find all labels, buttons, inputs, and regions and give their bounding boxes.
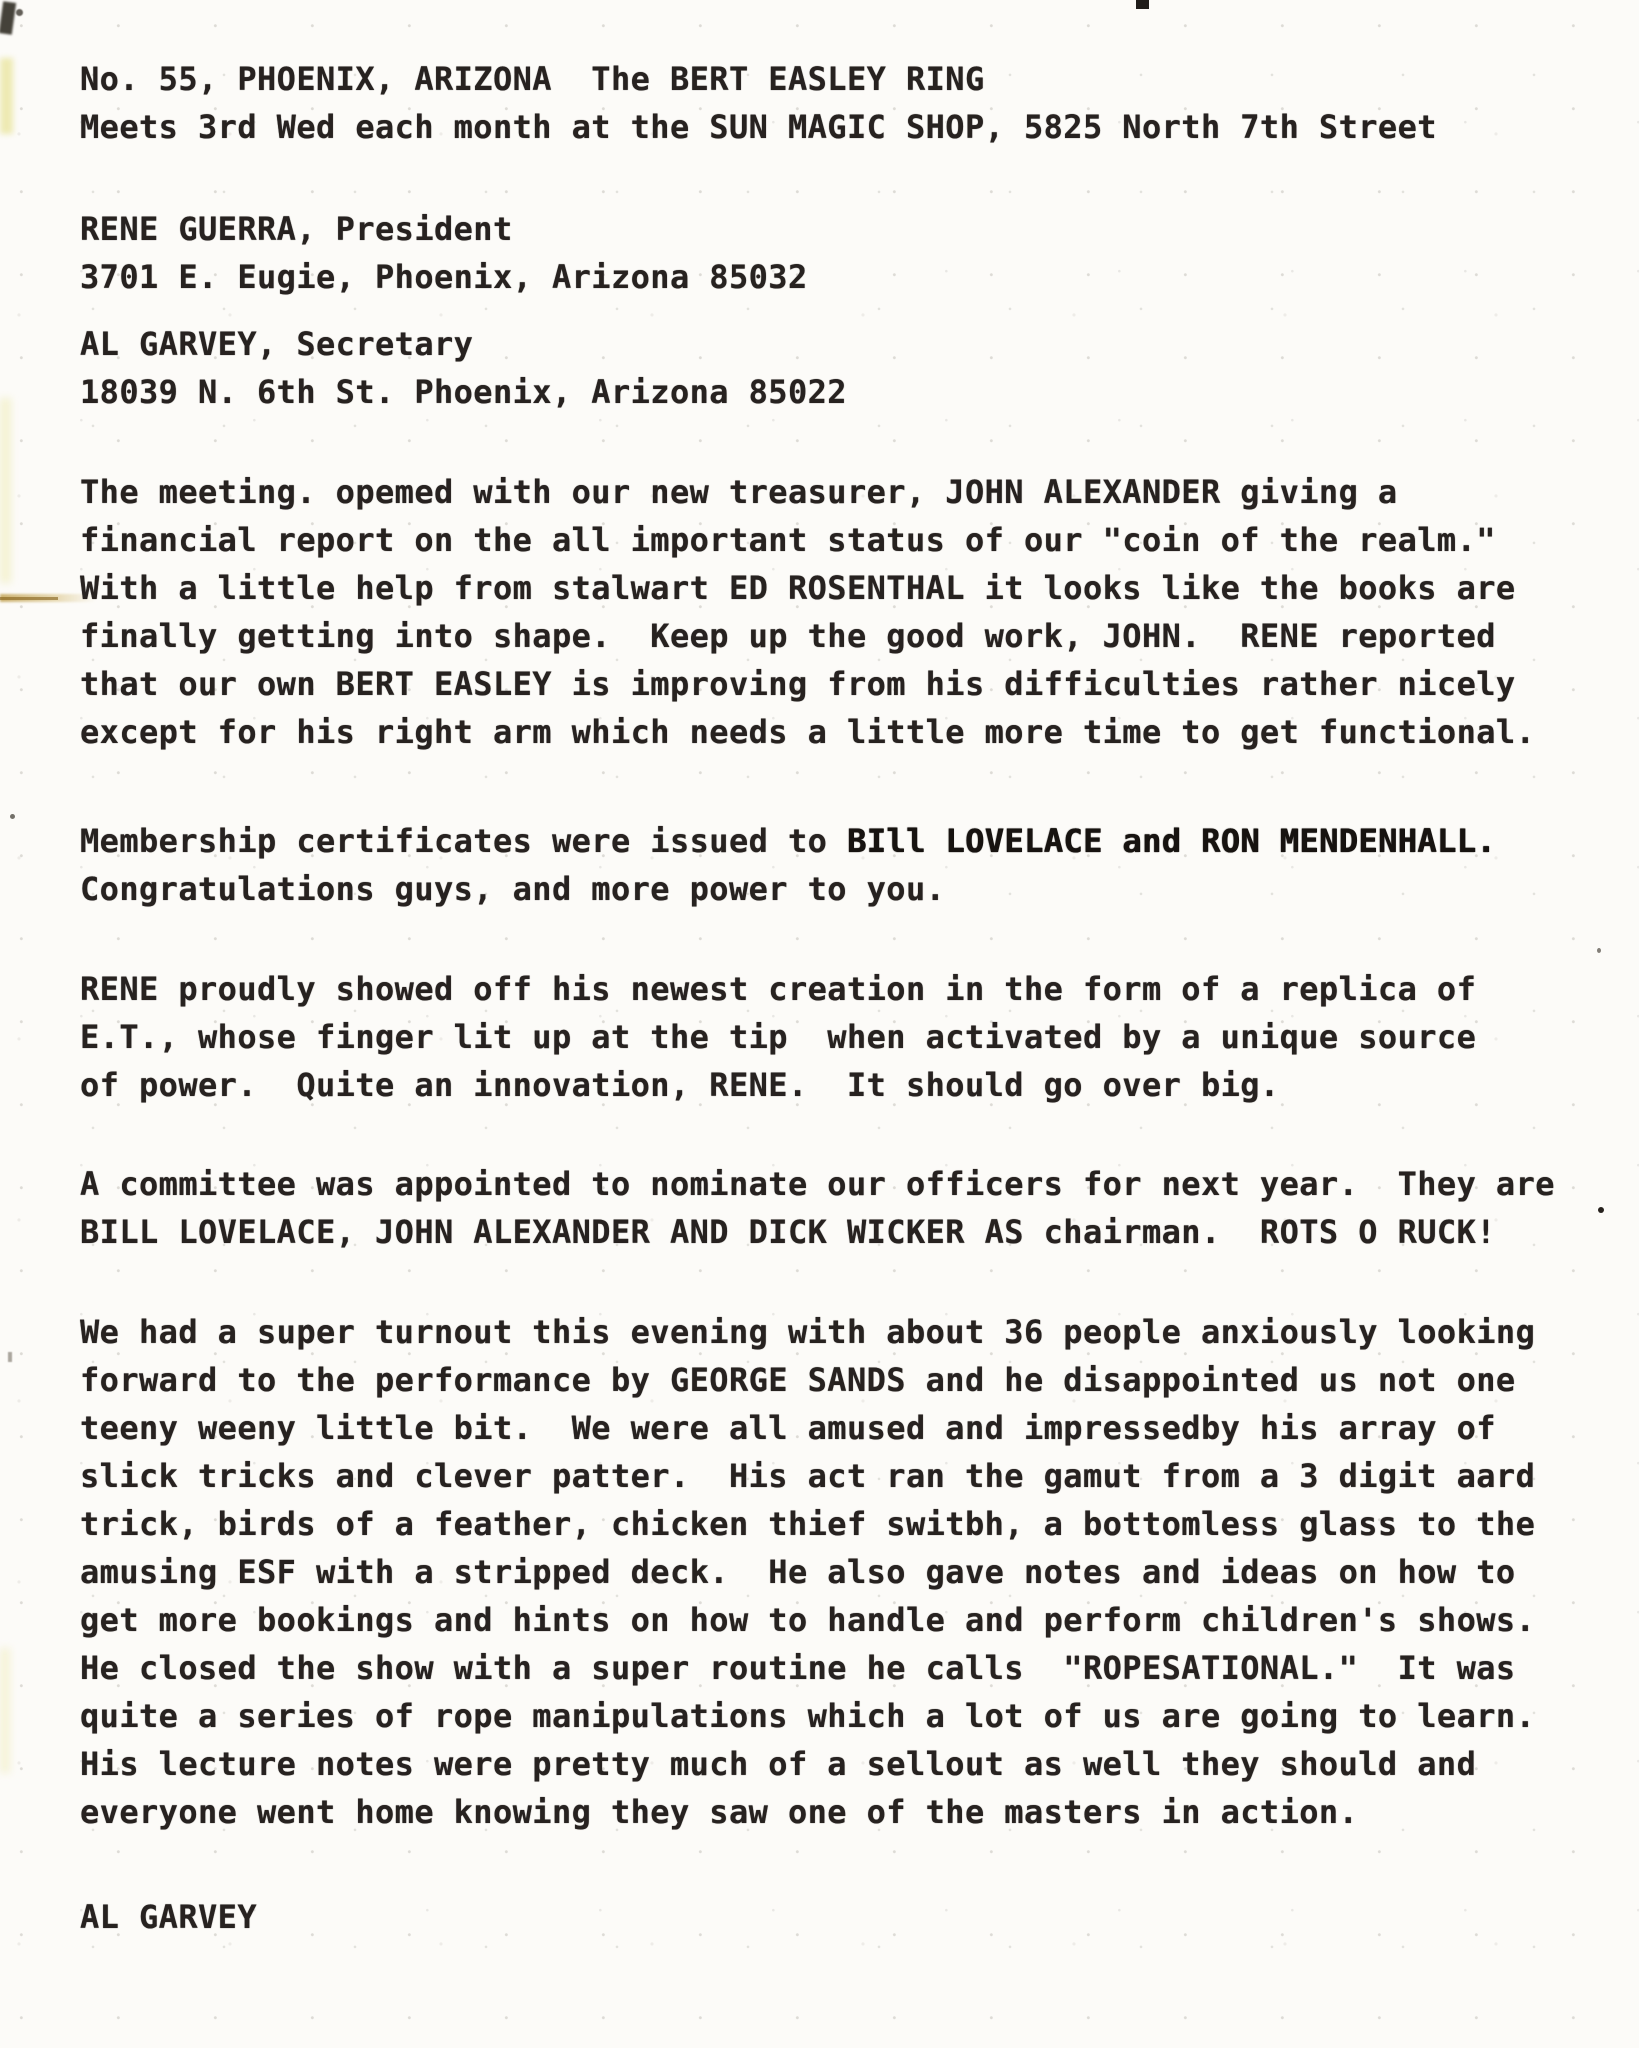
- president-address-line: 3701 E. Eugie, Phoenix, Arizona 85032: [80, 253, 1555, 301]
- scan-artifact: [1136, 0, 1149, 9]
- text-line: RENE proudly showed off his newest creat…: [80, 965, 1555, 1013]
- scan-artifact: [0, 1, 16, 34]
- secretary-name-line: AL GARVEY, Secretary: [80, 320, 1555, 368]
- scan-artifact: [1597, 948, 1601, 953]
- text-line: quite a series of rope manipulations whi…: [80, 1692, 1555, 1740]
- paragraph-treasurer-report: The meeting. opemed with our new treasur…: [80, 468, 1555, 756]
- text-line: We had a super turnout this evening with…: [80, 1308, 1555, 1356]
- text-line: He closed the show with a super routine …: [80, 1644, 1555, 1692]
- scan-artifact: [0, 58, 13, 134]
- text-line: forward to the performance by GEORGE SAN…: [80, 1356, 1555, 1404]
- document-page: No. 55, PHOENIX, ARIZONA The BERT EASLEY…: [0, 0, 1639, 2048]
- text-line: A committee was appointed to nominate ou…: [80, 1160, 1555, 1208]
- scan-artifact: [16, 9, 23, 16]
- text-line: finally getting into shape. Keep up the …: [80, 612, 1555, 660]
- text-line: teeny weeny little bit. We were all amus…: [80, 1404, 1555, 1452]
- scan-artifact: [0, 597, 58, 600]
- signature-block: AL GARVEY: [80, 1893, 1555, 1941]
- scan-artifact: [0, 398, 11, 583]
- text-line: His lecture notes were pretty much of a …: [80, 1740, 1555, 1788]
- text-line: everyone went home knowing they saw one …: [80, 1788, 1555, 1836]
- text-line: Congratulations guys, and more power to …: [80, 865, 1555, 913]
- meeting-info-line: Meets 3rd Wed each month at the SUN MAGI…: [80, 103, 1555, 151]
- text-line: of power. Quite an innovation, RENE. It …: [80, 1061, 1555, 1109]
- paragraph-committee: A committee was appointed to nominate ou…: [80, 1160, 1555, 1256]
- text-line: financial report on the all important st…: [80, 516, 1555, 564]
- membership-intro: Membership certificates were issued to: [80, 822, 847, 860]
- president-name-line: RENE GUERRA, President: [80, 205, 1555, 253]
- paragraph-et-creation: RENE proudly showed off his newest creat…: [80, 965, 1555, 1109]
- text-line: slick tricks and clever patter. His act …: [80, 1452, 1555, 1500]
- text-line: that our own BERT EASLEY is improving fr…: [80, 660, 1555, 708]
- document-text: No. 55, PHOENIX, ARIZONA The BERT EASLEY…: [80, 55, 1555, 1941]
- text-line: amusing ESF with a stripped deck. He als…: [80, 1548, 1555, 1596]
- scan-artifact: [10, 814, 15, 819]
- new-member-names: BIll LOVELACE and RON MENDENHALL.: [847, 822, 1496, 860]
- text-line: get more bookings and hints on how to ha…: [80, 1596, 1555, 1644]
- text-line: E.T., whose finger lit up at the tip whe…: [80, 1013, 1555, 1061]
- scan-artifact: [0, 1648, 10, 1773]
- scan-artifact: [1598, 1207, 1604, 1213]
- text-line: The meeting. opemed with our new treasur…: [80, 468, 1555, 516]
- text-line: With a little help from stalwart ED ROSE…: [80, 564, 1555, 612]
- ring-title-line: No. 55, PHOENIX, ARIZONA The BERT EASLEY…: [80, 55, 1555, 103]
- text-line: Membership certificates were issued to B…: [80, 817, 1555, 865]
- header-block: No. 55, PHOENIX, ARIZONA The BERT EASLEY…: [80, 55, 1555, 151]
- signature: AL GARVEY: [80, 1893, 1555, 1941]
- paragraph-membership: Membership certificates were issued to B…: [80, 817, 1555, 913]
- secretary-block: AL GARVEY, Secretary 18039 N. 6th St. Ph…: [80, 320, 1555, 416]
- paragraph-george-sands-show: We had a super turnout this evening with…: [80, 1308, 1555, 1836]
- text-line: except for his right arm which needs a l…: [80, 708, 1555, 756]
- scan-artifact: [8, 1352, 12, 1362]
- text-line: trick, birds of a feather, chicken thief…: [80, 1500, 1555, 1548]
- president-block: RENE GUERRA, President 3701 E. Eugie, Ph…: [80, 205, 1555, 301]
- text-line: BILL LOVELACE, JOHN ALEXANDER AND DICK W…: [80, 1208, 1555, 1256]
- secretary-address-line: 18039 N. 6th St. Phoenix, Arizona 85022: [80, 368, 1555, 416]
